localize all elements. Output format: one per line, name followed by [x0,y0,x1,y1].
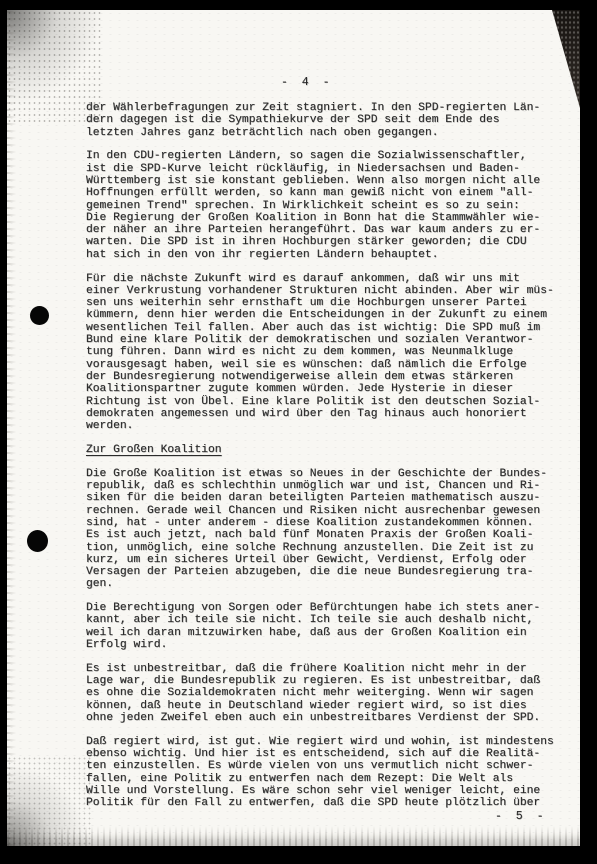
text-line: ten einzustellen. Es würde vielen von un… [86,760,572,772]
text-line: sind, hat - unter anderem - diese Koalit… [86,517,572,529]
text-line: rechnen. Gerade weil Chancen und Risiken… [86,505,572,517]
text-line: werden. [86,420,572,432]
text-line: dern dagegen ist die Sympathiekurve der … [86,114,572,126]
text-line: weil ich daran mitzuwirken habe, daß aus… [86,627,572,639]
text-line: Daß regiert wird, ist gut. Wie regiert w… [86,736,572,748]
text-line: hat sich in den von ihr regierten Länder… [86,249,572,261]
text-line: Erfolg wird. [86,639,572,651]
text-line: Es ist unbestreitbar, daß die frühere Ko… [86,663,572,675]
text-line: kurz, um ein sicheres Urteil über Gewich… [86,554,572,566]
text-line: Versagen der Parteien abzugeben, die die… [86,566,572,578]
text-line: Für die nächste Zukunft wird es darauf a… [86,273,572,285]
text-line: Die Große Koalition ist etwas so Neues i… [86,468,572,480]
text-line: Bund eine klare Politik der demokratisch… [86,334,572,346]
paragraph: Für die nächste Zukunft wird es darauf a… [86,273,572,433]
text-line: der Bundesregierung notwendigerweise all… [86,371,572,383]
paragraph: Die Berechtigung von Sorgen oder Befürch… [86,602,572,651]
scan-edge-grain-left [7,10,16,846]
document-page: - 4 - der Wählerbefragungen zur Zeit sta… [7,10,580,846]
paragraph: Daß regiert wird, ist gut. Wie regiert w… [86,736,572,810]
text-line: Die Berechtigung von Sorgen oder Befürch… [86,602,572,614]
text-line: gen. [86,578,572,590]
text-line: Koalitionspartner zugute kommen würden. … [86,383,572,395]
text-content: der Wählerbefragungen zur Zeit stagniert… [86,102,572,821]
text-line: siken für die beiden daran beteiligten P… [86,492,572,504]
text-line: einer Verkrustung vorhandener Strukturen… [86,285,572,297]
hole-punch-mark-bottom [27,530,48,552]
text-line: sen uns weiterhin sehr ernsthaft um die … [86,297,572,309]
text-line: ist die SPD-Kurve leicht rückläufig, in … [86,163,572,175]
hole-punch-mark-top [30,306,49,325]
text-line: republik, daß es schlechthin unmöglich w… [86,480,572,492]
text-line: ebenso wichtig. Und hier ist es entschei… [86,748,572,760]
text-line: tion, unmöglich, eine solche Rechnung an… [86,542,572,554]
paragraph: Die Große Koalition ist etwas so Neues i… [86,468,572,591]
text-line: demokraten angemessen und wird über den … [86,408,572,420]
text-line: In den CDU-regierten Ländern, so sagen d… [86,150,572,162]
text-line: ohne jeden Zweifel eben auch ein unbestr… [86,712,572,724]
text-line: warten. Die SPD ist in ihren Hochburgen … [86,236,572,248]
text-line: letzten Jahres ganz beträchtlich nach ob… [86,127,572,139]
text-line: Lage war, die Bundesrepublik zu regieren… [86,675,572,687]
text-line: Württemberg ist sie konstant geblieben. … [86,175,572,187]
text-line: tung führen. Dann wird es nicht zu dem k… [86,346,572,358]
text-line: Zur Großen Koalition [86,444,572,456]
text-line: kümmern, denn hier werden die Entscheidu… [86,309,572,321]
text-line: gemeinen Trend" sprechen. In Wirklichkei… [86,200,572,212]
scanned-page-background: - 4 - der Wählerbefragungen zur Zeit sta… [0,0,597,864]
paragraph: der Wählerbefragungen zur Zeit stagniert… [86,102,572,139]
page-number-header: - 4 - [281,76,333,89]
text-line: fallen, eine Politik zu entwerfen nach d… [86,773,572,785]
text-line: Die Regierung der Großen Koalition in Bo… [86,212,572,224]
paragraph: Es ist unbestreitbar, daß die frühere Ko… [86,663,572,724]
text-line: Es ist auch jetzt, nach bald fünf Monate… [86,529,572,541]
text-line: wesentlichen Teil fallen. Aber auch das … [86,322,572,334]
text-line: Wille und Vorstellung. Es wäre schon seh… [86,785,572,797]
section-heading: Zur Großen Koalition [86,444,572,456]
scan-edge-grain-bottom [7,826,580,846]
text-line: es ohne die Sozialdemokraten nicht mehr … [86,687,572,699]
text-line: der näher an ihre Parteien herangeführt.… [86,224,572,236]
text-line: Politik für den Fall zu entwerfen, daß d… [86,797,572,809]
scan-corner-shadow-top-right [552,10,580,108]
paragraph: In den CDU-regierten Ländern, so sagen d… [86,150,572,261]
text-line: der Wählerbefragungen zur Zeit stagniert… [86,102,572,114]
text-line: können, daß heute in Deutschland wieder … [86,700,572,712]
text-line: Richtung ist von Übel. Eine klare Politi… [86,396,572,408]
text-line: vorausgesagt haben, weil sie es wünschen… [86,359,572,371]
page-number-footer: - 5 - [495,810,547,823]
text-line: kannt, aber ich teile sie nicht. Ich tei… [86,614,572,626]
text-line: Hoffnungen erfüllt werden, so kann man g… [86,187,572,199]
